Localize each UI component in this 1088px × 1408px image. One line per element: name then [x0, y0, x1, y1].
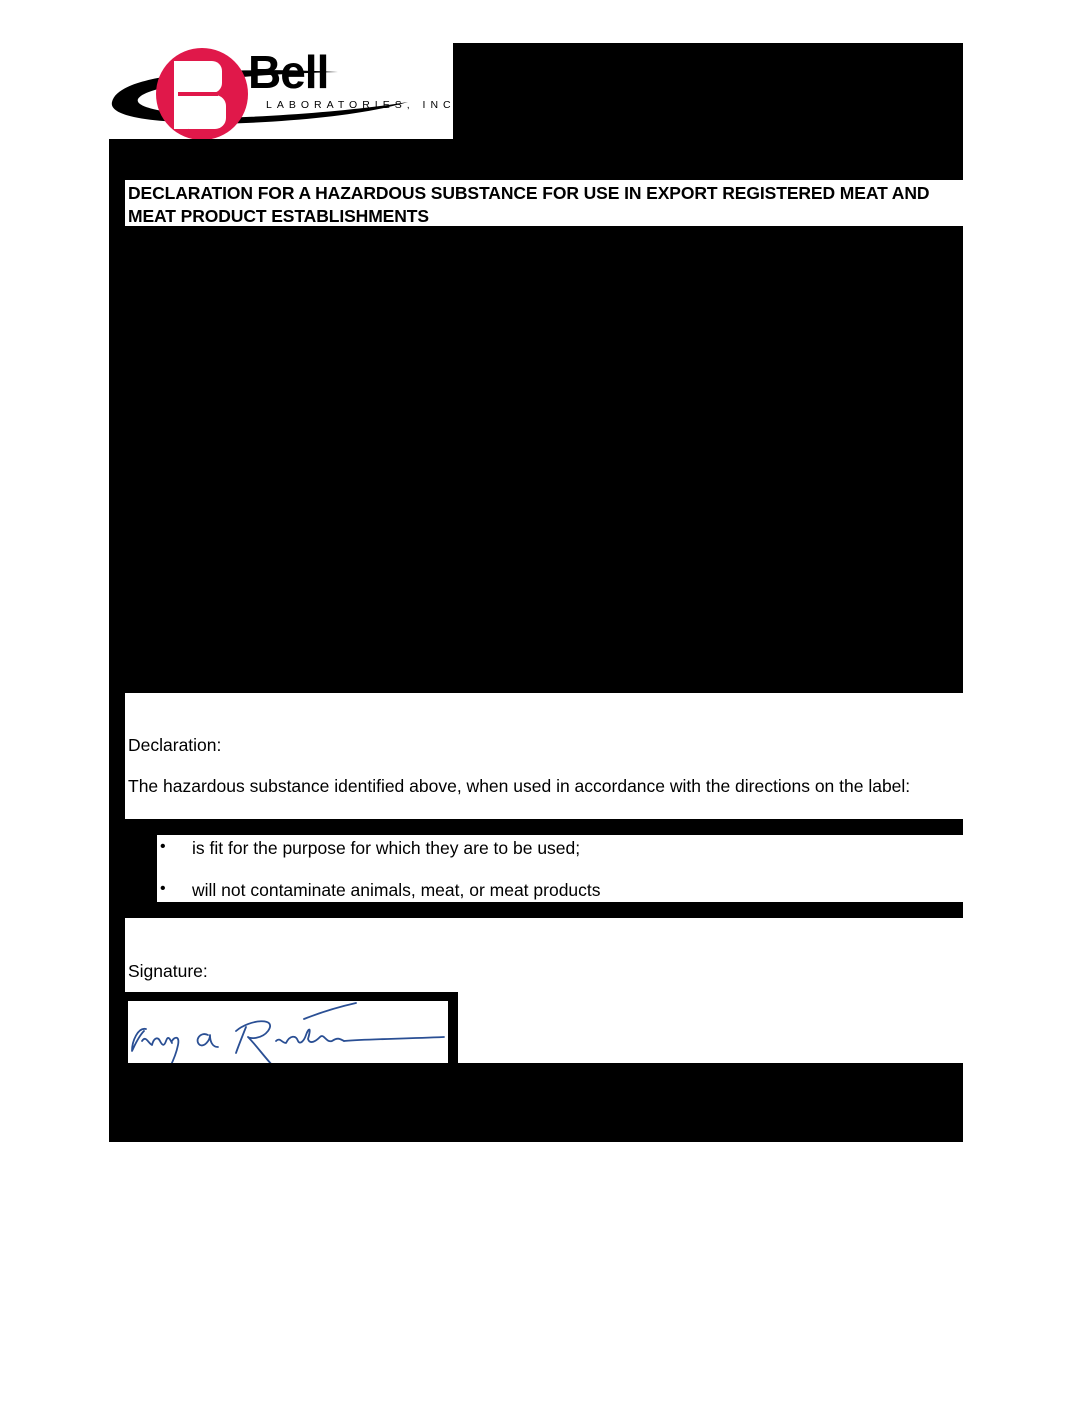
logo-subtitle: LABORATORIES, INC	[266, 99, 454, 111]
bullet-text: is fit for the purpose for which they ar…	[192, 838, 580, 859]
redaction-frame-left	[109, 139, 454, 180]
redaction-frame-left	[109, 835, 157, 902]
bullet-text: will not contaminate animals, meat, or m…	[192, 880, 601, 901]
bell-laboratories-logo: Bell LABORATORIES, INC	[108, 44, 454, 139]
redaction-substance-details	[109, 226, 963, 693]
redaction-signatory-details	[109, 1063, 963, 1142]
logo-wordmark: Bell	[248, 46, 328, 98]
declaration-label: Declaration:	[128, 735, 221, 756]
redaction-band	[109, 902, 963, 918]
bullet-icon: •	[160, 880, 166, 898]
redaction-header-right	[453, 43, 963, 180]
redaction-frame-left	[109, 180, 125, 226]
declaration-bullet-list: • is fit for the purpose for which they …	[157, 835, 963, 902]
redaction-frame-left	[109, 693, 125, 819]
redaction-frame-left	[109, 918, 125, 992]
redaction-band	[109, 819, 963, 835]
bullet-icon: •	[160, 838, 166, 856]
document-title: DECLARATION FOR A HAZARDOUS SUBSTANCE FO…	[128, 182, 958, 228]
signature-label: Signature:	[128, 961, 208, 982]
declaration-body: The hazardous substance identified above…	[128, 775, 958, 797]
